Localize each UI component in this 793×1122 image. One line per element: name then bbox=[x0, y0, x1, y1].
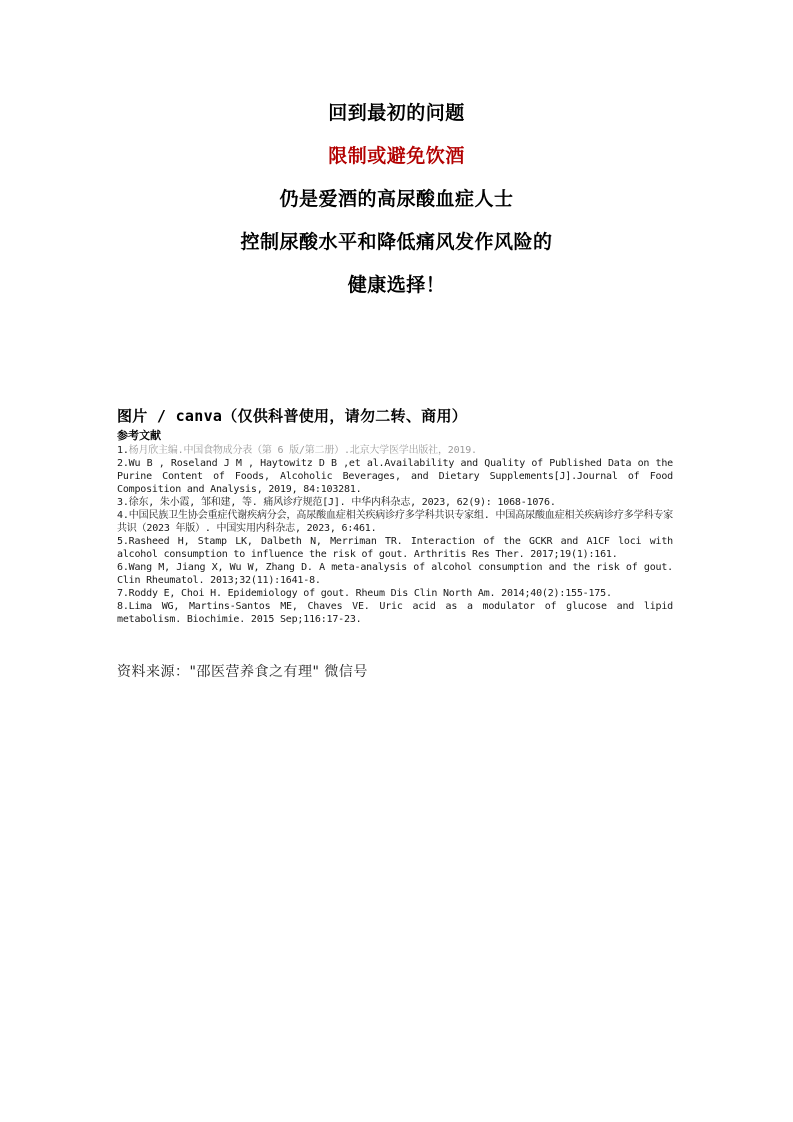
reference-item-2: 2.Wu B , Roseland J M , Haytowitz D B ,e… bbox=[117, 457, 673, 496]
reference-item-3: 3.徐东, 朱小霞, 邹和建, 等. 痛风诊疗规范[J]. 中华内科杂志, 20… bbox=[117, 496, 673, 509]
reference-text: Lima WG, Martins-Santos ME, Chaves VE. U… bbox=[117, 601, 673, 625]
reference-number: 4. bbox=[117, 510, 129, 521]
source-attribution: 资料来源："邵医营养食之有理" 微信号 bbox=[117, 663, 368, 681]
heading-line-5: 健康选择！ bbox=[0, 276, 793, 296]
heading-line-1: 回到最初的问题 bbox=[0, 104, 793, 124]
reference-number: 8. bbox=[117, 601, 129, 612]
reference-number: 6. bbox=[117, 562, 129, 573]
reference-text: Wang M, Jiang X, Wu W, Zhang D. A meta-a… bbox=[117, 562, 673, 586]
reference-item-8: 8.Lima WG, Martins-Santos ME, Chaves VE.… bbox=[117, 600, 673, 626]
reference-item-5: 5.Rasheed H, Stamp LK, Dalbeth N, Merrim… bbox=[117, 535, 673, 561]
reference-number: 2. bbox=[117, 458, 129, 469]
references-title: 参考文献 bbox=[117, 429, 673, 443]
credits-references-block: 图片 / canva（仅供科普使用，请勿二转、商用） 参考文献 1.杨月欣主编.… bbox=[117, 407, 673, 626]
heading-line-4: 控制尿酸水平和降低痛风发作风险的 bbox=[0, 233, 793, 253]
reference-number: 5. bbox=[117, 536, 129, 547]
reference-text: Roddy E, Choi H. Epidemiology of gout. R… bbox=[129, 588, 612, 599]
heading-line-3: 仍是爱酒的高尿酸血症人士 bbox=[0, 190, 793, 210]
headline-block: 回到最初的问题 限制或避免饮酒 仍是爱酒的高尿酸血症人士 控制尿酸水平和降低痛风… bbox=[0, 104, 793, 319]
reference-text: 中国民族卫生协会重症代谢疾病分会，高尿酸血症相关疾病诊疗多学科共识专家组. 中国… bbox=[117, 510, 673, 534]
document-page: 回到最初的问题 限制或避免饮酒 仍是爱酒的高尿酸血症人士 控制尿酸水平和降低痛风… bbox=[0, 0, 793, 1122]
reference-number: 1. bbox=[117, 445, 129, 456]
reference-number: 7. bbox=[117, 588, 129, 599]
reference-item-4: 4.中国民族卫生协会重症代谢疾病分会，高尿酸血症相关疾病诊疗多学科共识专家组. … bbox=[117, 509, 673, 535]
reference-text: 杨月欣主编.中国食物成分表（第 6 版/第二册）.北京大学医学出版社，2019. bbox=[129, 445, 477, 456]
heading-line-2: 限制或避免饮酒 bbox=[0, 147, 793, 167]
reference-text: 徐东, 朱小霞, 邹和建, 等. 痛风诊疗规范[J]. 中华内科杂志, 2023… bbox=[129, 497, 556, 508]
reference-item-1: 1.杨月欣主编.中国食物成分表（第 6 版/第二册）.北京大学医学出版社，201… bbox=[117, 444, 673, 457]
reference-text: Rasheed H, Stamp LK, Dalbeth N, Merriman… bbox=[117, 536, 673, 560]
reference-text: Wu B , Roseland J M , Haytowitz D B ,et … bbox=[117, 458, 673, 495]
image-credit-line: 图片 / canva（仅供科普使用，请勿二转、商用） bbox=[117, 407, 673, 425]
reference-number: 3. bbox=[117, 497, 129, 508]
reference-item-7: 7.Roddy E, Choi H. Epidemiology of gout.… bbox=[117, 587, 673, 600]
reference-item-6: 6.Wang M, Jiang X, Wu W, Zhang D. A meta… bbox=[117, 561, 673, 587]
